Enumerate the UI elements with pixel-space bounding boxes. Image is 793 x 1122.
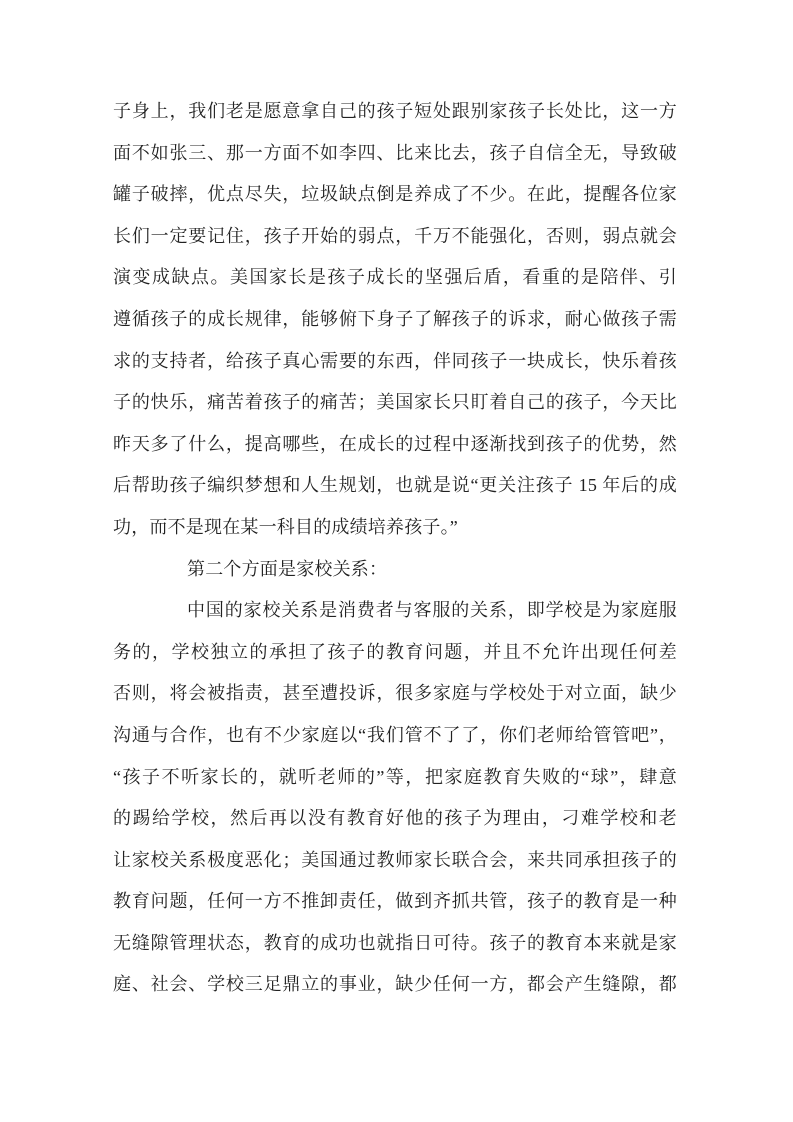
text-line: 长们一定要记住，孩子开始的弱点，千万不能强化，否则，弱点就会 [113,216,677,258]
text-line: 后帮助孩子编织梦想和人生规划，也就是说“更关注孩子 15 年后的成 [113,465,677,507]
text-line: 罐子破摔，优点尽失，垃圾缺点倒是养成了不少。在此，提醒各位家 [113,174,677,216]
text-line: 子身上，我们老是愿意拿自己的孩子短处跟别家孩子长处比，这一方 [113,91,677,133]
text-line: 昨天多了什么，提高哪些，在成长的过程中逐渐找到孩子的优势，然 [113,424,677,466]
text-line: 的踢给学校，然后再以没有教育好他的孩子为理由，刁难学校和老师， [113,798,677,840]
text-line: 否则，将会被指责，甚至遭投诉，很多家庭与学校处于对立面，缺少 [113,673,677,715]
text-line-paragraph-end: 功，而不是现在某一科目的成绩培养孩子。” [113,507,677,549]
text-line: 子的快乐，痛苦着孩子的痛苦；美国家长只盯着自己的孩子，今天比 [113,382,677,424]
text-line: 面不如张三、那一方面不如李四、比来比去，孩子自信全无，导致破 [113,133,677,175]
document-page: 子身上，我们老是愿意拿自己的孩子短处跟别家孩子长处比，这一方 面不如张三、那一方… [0,0,793,1122]
text-line: 演变成缺点。美国家长是孩子成长的坚强后盾，看重的是陪伴、引导， [113,257,677,299]
text-line: 让家校关系极度恶化；美国通过教师家长联合会，来共同承担孩子的 [113,840,677,882]
text-line-paragraph-heading: 第二个方面是家校关系： [113,549,677,591]
text-line: 无缝隙管理状态，教育的成功也就指日可待。孩子的教育本来就是家 [113,923,677,965]
text-line: “孩子不听家长的，就听老师的”等，把家庭教育失败的“球”，肆意 [113,757,677,799]
document-text-block: 子身上，我们老是愿意拿自己的孩子短处跟别家孩子长处比，这一方 面不如张三、那一方… [113,91,677,1006]
text-line: 庭、社会、学校三足鼎立的事业，缺少任何一方，都会产生缝隙，都 [113,964,677,1006]
text-line: 教育问题，任何一方不推卸责任，做到齐抓共管，孩子的教育是一种 [113,881,677,923]
text-line: 遵循孩子的成长规律，能够俯下身子了解孩子的诉求，耐心做孩子需 [113,299,677,341]
text-line: 务的，学校独立的承担了孩子的教育问题，并且不允许出现任何差错， [113,632,677,674]
text-line-paragraph-start: 中国的家校关系是消费者与客服的关系，即学校是为家庭服 [113,590,677,632]
text-line: 求的支持者，给孩子真心需要的东西，伴同孩子一块成长，快乐着孩 [113,341,677,383]
text-line: 沟通与合作，也有不少家庭以“我们管不了了，你们老师给管管吧”， [113,715,677,757]
